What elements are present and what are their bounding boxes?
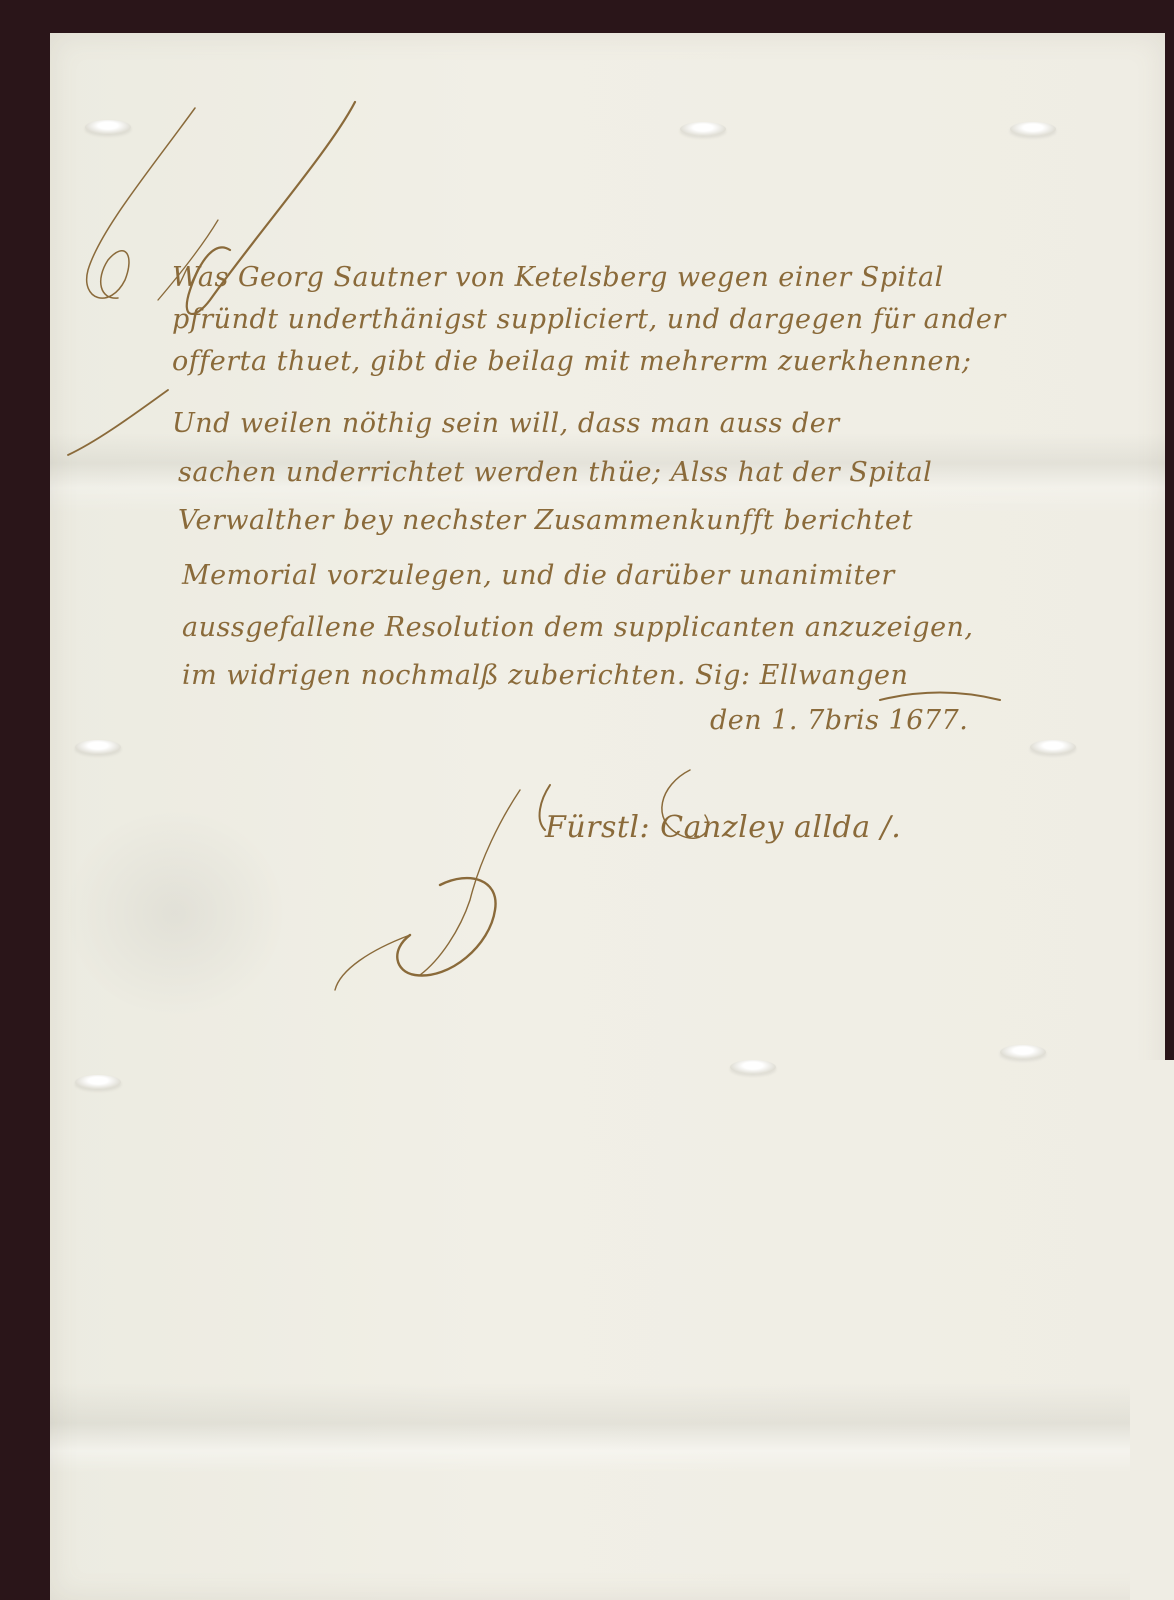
binding-hole	[680, 122, 726, 136]
binding-hole	[1030, 740, 1076, 754]
letter-line: Verwalther bey nechster Zusammenkunfft b…	[178, 505, 913, 536]
binding-hole	[75, 1075, 121, 1089]
letter-line: Memorial vorzulegen, und die darüber una…	[182, 560, 895, 591]
letter-line: im widrigen nochmalß zuberichten. Sig: E…	[182, 660, 908, 691]
binding-hole	[1000, 1045, 1046, 1059]
letter-line: pfründt underthänigst suppliciert, und d…	[172, 304, 1006, 335]
binding-hole	[85, 120, 131, 134]
binding-hole	[75, 740, 121, 754]
letter-line: offerta thuet, gibt die beilag mit mehre…	[172, 346, 971, 377]
letter-line: Was Georg Sautner von Ketelsberg wegen e…	[172, 262, 944, 293]
binding-hole	[1010, 122, 1056, 136]
paper-edge	[1130, 1060, 1174, 1600]
letter-line: Und weilen nöthig sein will, dass man au…	[172, 408, 840, 439]
letter-line: aussgefallene Resolution dem supplicante…	[182, 612, 974, 643]
binding-hole	[730, 1060, 776, 1074]
letter-line: sachen underrichtet werden thüe; Alss ha…	[178, 457, 932, 488]
chancery-signature: Fürstl: Canzley allda /.	[545, 810, 901, 845]
date-line: den 1. 7bris 1677.	[710, 705, 968, 736]
